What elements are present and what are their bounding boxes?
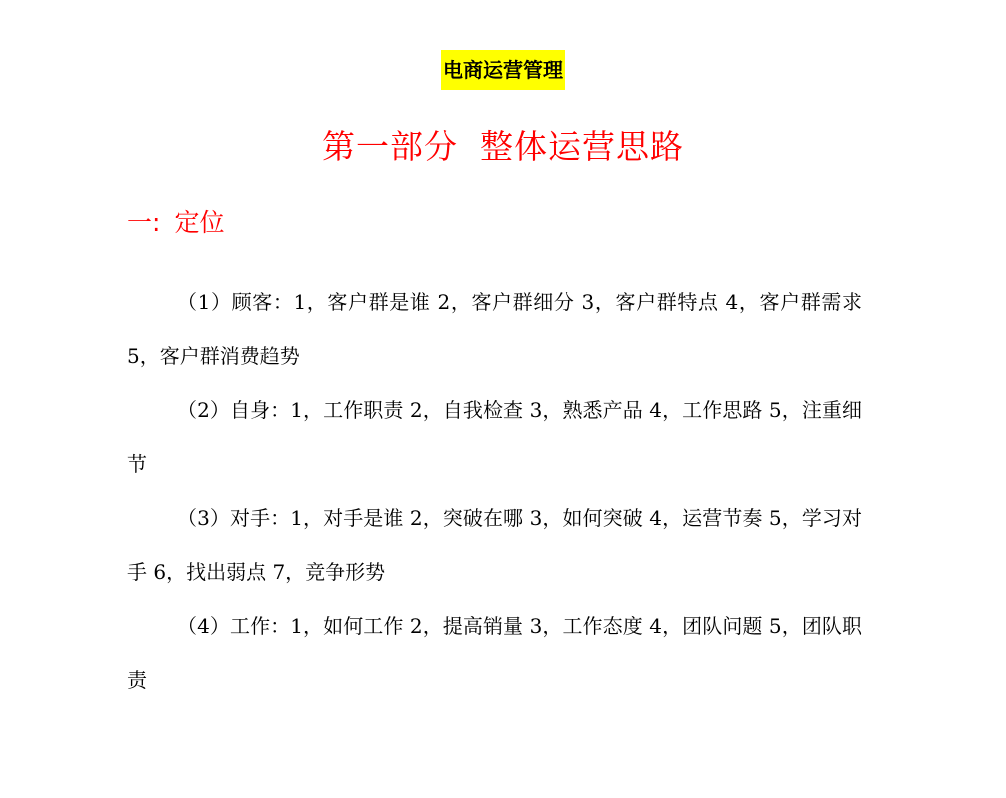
section-number: 一: xyxy=(127,208,160,237)
section-heading: 一:定位 xyxy=(127,203,224,243)
document-title: 电商运营管理 xyxy=(441,50,565,90)
part-number: 第一部分 xyxy=(322,127,458,166)
paragraph-customers: （1）顾客：1，客户群是谁 2，客户群细分 3，客户群特点 4，客户群需求 5，… xyxy=(127,275,862,383)
paragraph-competitors: （3）对手：1，对手是谁 2，突破在哪 3，如何突破 4，运营节奏 5，学习对手… xyxy=(127,491,862,599)
paragraph-work: （4）工作：1，如何工作 2，提高销量 3，工作态度 4，团队问题 5，团队职责 xyxy=(127,599,862,707)
part-name: 整体运营思路 xyxy=(480,127,684,166)
document-title-container: 电商运营管理 xyxy=(0,50,1006,90)
paragraph-self: （2）自身：1，工作职责 2，自我检查 3，熟悉产品 4，工作思路 5，注重细节 xyxy=(127,383,862,491)
document-body: （1）顾客：1，客户群是谁 2，客户群细分 3，客户群特点 4，客户群需求 5，… xyxy=(127,275,862,707)
part-title: 第一部分整体运营思路 xyxy=(0,122,1006,172)
section-title: 定位 xyxy=(174,208,224,237)
